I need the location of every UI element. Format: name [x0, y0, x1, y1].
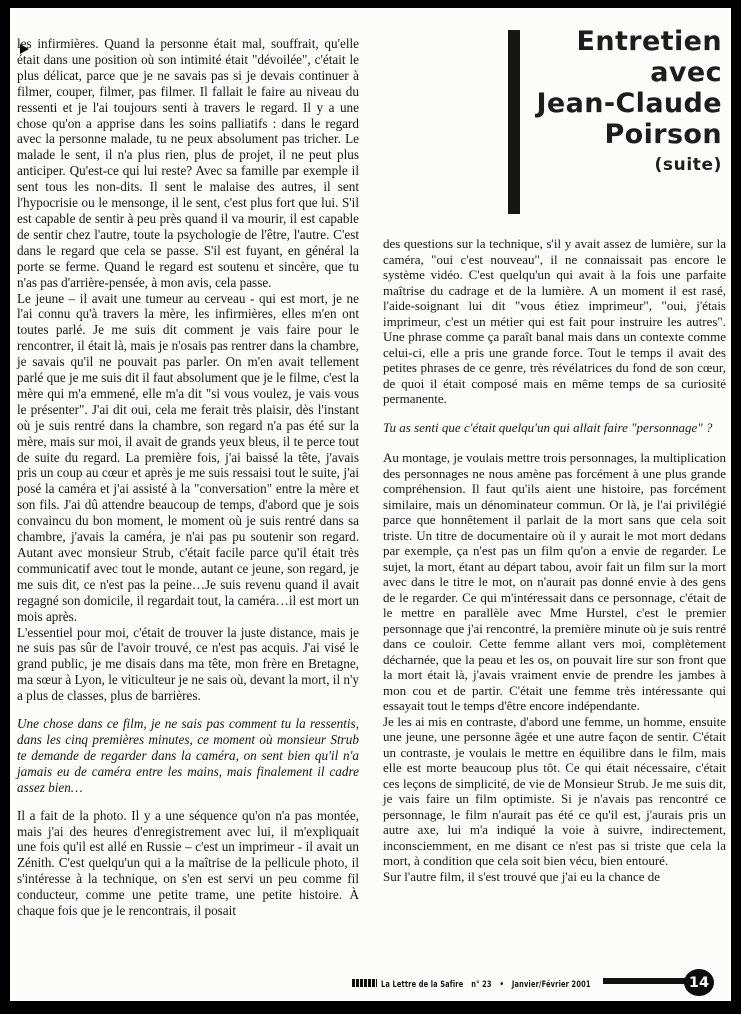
title-line: Poirson — [472, 119, 722, 150]
article-title: Entretien avec Jean-Claude Poirson (suit… — [472, 26, 722, 177]
interview-question: Une chose dans ce film, je ne sais pas c… — [17, 716, 359, 796]
footer-separator: • — [500, 980, 504, 990]
interview-answer: Je les ai mis en contraste, d'abord une … — [383, 714, 726, 869]
title-line: avec — [472, 57, 722, 88]
footer-journal-line: La Lettre de la Safire n° 23 • Janvier/F… — [381, 980, 596, 990]
journal-name: La Lettre de la Safire — [381, 980, 463, 990]
issue-number: n° 23 — [471, 980, 491, 990]
title-line: Jean-Claude — [472, 88, 722, 119]
interview-answer: Sur l'autre film, il s'est trouvé que j'… — [383, 869, 726, 885]
magazine-page: les infirmières. Quand la personne était… — [0, 0, 741, 1014]
footer-tick-decoration — [352, 979, 377, 987]
interview-answer: L'essentiel pour moi, c'était de trouver… — [17, 625, 359, 705]
paper-area: les infirmières. Quand la personne était… — [10, 8, 731, 1001]
right-text-column: des questions sur la technique, s'il y a… — [383, 236, 726, 884]
title-subtitle: (suite) — [472, 153, 722, 177]
interview-answer: les infirmières. Quand la personne était… — [17, 36, 359, 291]
interview-question: Tu as senti que c'était quelqu'un qui al… — [383, 420, 726, 436]
left-text-column: les infirmières. Quand la personne était… — [17, 36, 359, 919]
title-line: Entretien — [472, 26, 722, 57]
page-number-badge: 14 — [684, 969, 714, 996]
interview-answer: des questions sur la technique, s'il y a… — [383, 236, 726, 407]
interview-answer: Le jeune – il avait une tumeur au cervea… — [17, 291, 359, 625]
interview-answer: Il a fait de la photo. Il y a une séquen… — [17, 808, 359, 919]
issue-date: Janvier/Février 2001 — [512, 980, 591, 990]
interview-answer: Au montage, je voulais mettre trois pers… — [383, 450, 726, 714]
